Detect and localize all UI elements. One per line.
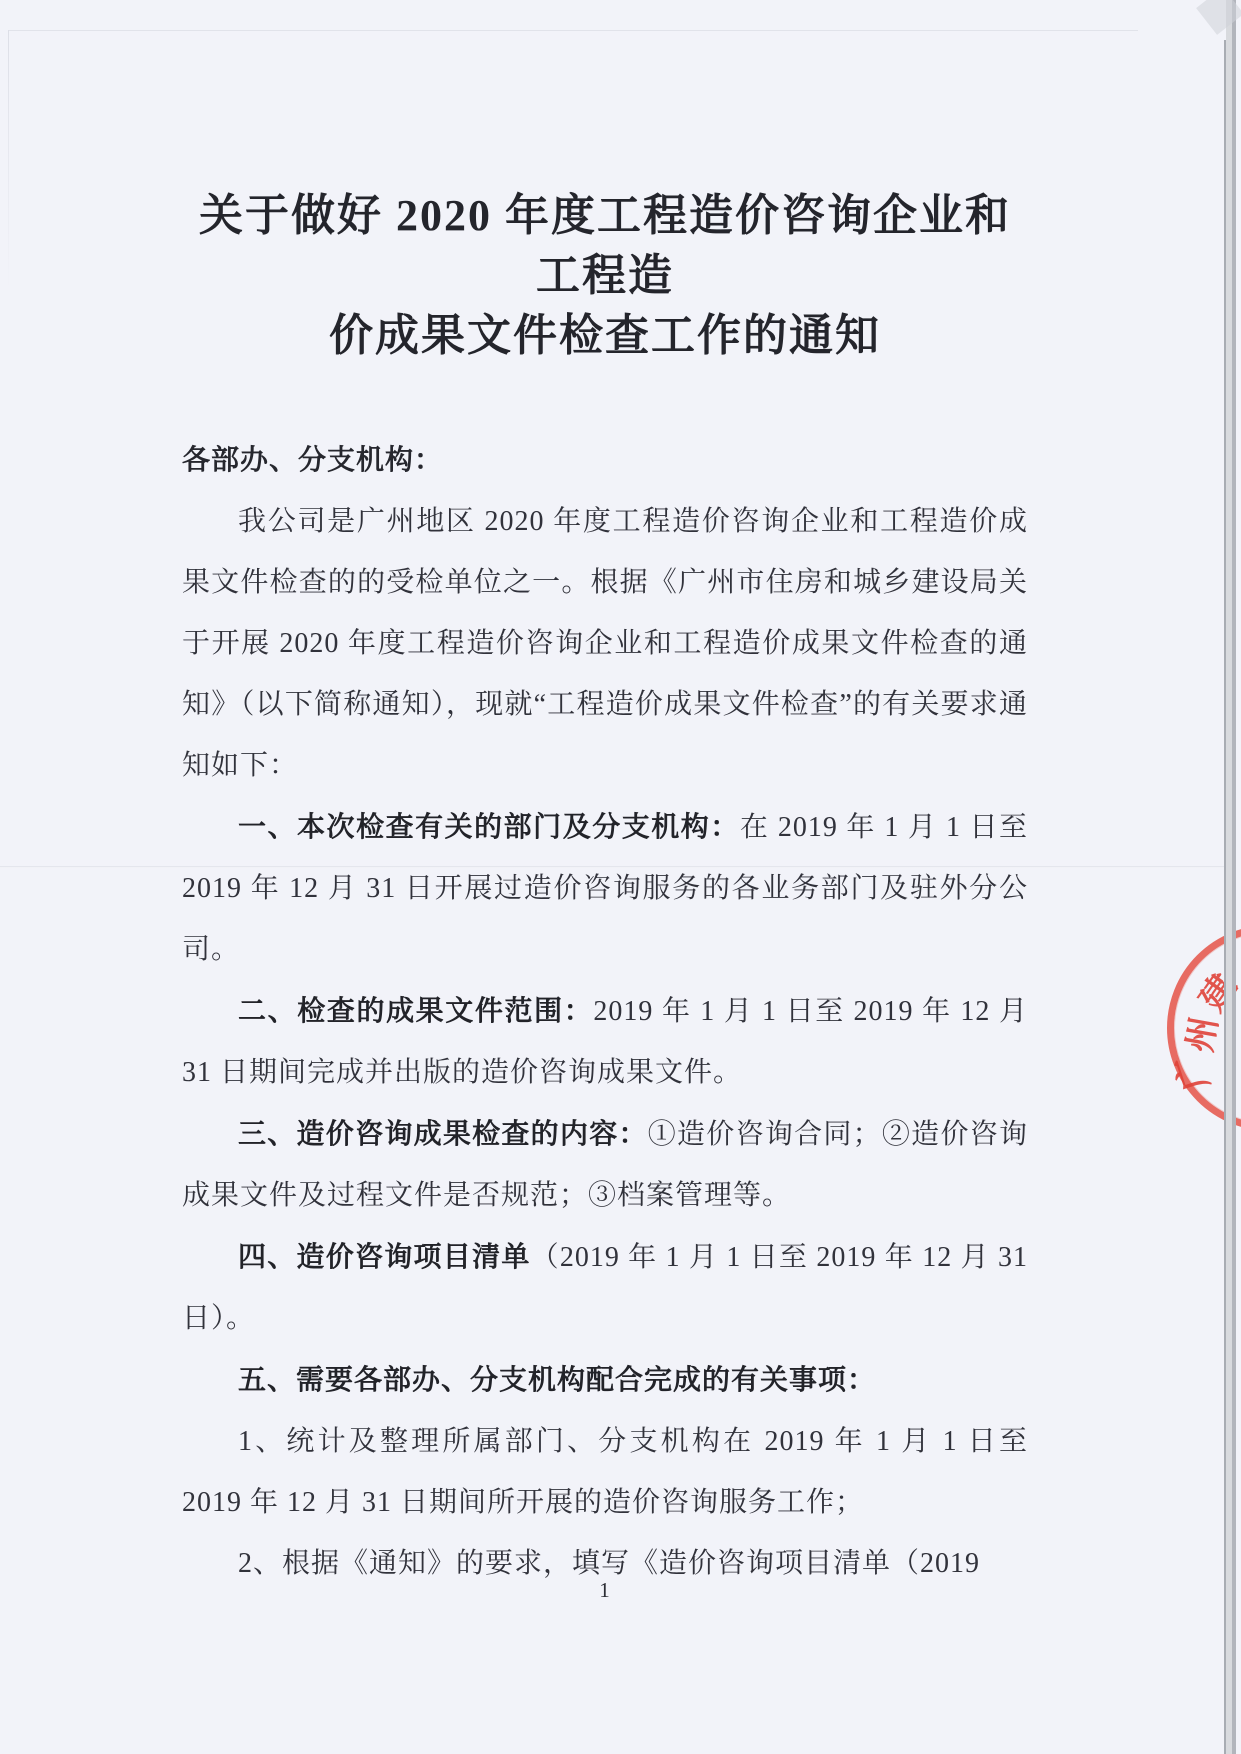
paragraph: 四、造价咨询项目清单（2019 年 1 月 1 日至 2019 年 12 月 3… (182, 1226, 1028, 1349)
scan-edge-right-border (1232, 0, 1236, 1754)
paragraph: 三、造价咨询成果检查的内容：①造价咨询合同；②造价咨询成果文件及过程文件是否规范… (182, 1103, 1028, 1226)
document-title: 关于做好 2020 年度工程造价咨询企业和工程造 价成果文件检查工作的通知 (182, 186, 1028, 366)
document-title-line2: 价成果文件检查工作的通知 (329, 311, 881, 360)
document-body-text: 各部办、分支机构： 我公司是广州地区 2020 年度工程造价咨询企业和工程造价成… (182, 430, 1028, 1594)
paragraph: 1、统计及整理所属部门、分支机构在 2019 年 1 月 1 日至 2019 年… (182, 1411, 1028, 1533)
scanned-page: 关于做好 2020 年度工程造价咨询企业和工程造 价成果文件检查工作的通知 各部… (0, 0, 1241, 1754)
document-title-line1: 关于做好 2020 年度工程造价咨询企业和工程造 (199, 191, 1011, 300)
paragraph-text: 我公司是广州地区 2020 年度工程造价咨询企业和工程造价成果文件检查的的受检单… (182, 506, 1028, 781)
salutation: 各部办、分支机构： (182, 430, 1028, 491)
document-paragraphs: 我公司是广州地区 2020 年度工程造价咨询企业和工程造价成果文件检查的的受检单… (182, 491, 1028, 1594)
paragraph-lead: 一、本次检查有关的部门及分支机构： (238, 811, 740, 842)
paragraph: 我公司是广州地区 2020 年度工程造价咨询企业和工程造价成果文件检查的的受检单… (182, 491, 1028, 796)
scan-edge-left (8, 30, 9, 290)
page-number: 1 (182, 1578, 1028, 1603)
paragraph-lead: 四、造价咨询项目清单 (238, 1241, 531, 1272)
paragraph: 五、需要各部办、分支机构配合完成的有关事项： (182, 1349, 1028, 1411)
seal-character: 州 (1182, 1014, 1223, 1055)
paragraph: 一、本次检查有关的部门及分支机构：在 2019 年 1 月 1 日至 2019 … (182, 796, 1028, 980)
paragraph-text: 2、根据《通知》的要求，填写《造价咨询项目清单（2019 (238, 1548, 980, 1579)
paragraph-lead: 五、需要各部办、分支机构配合完成的有关事项： (238, 1364, 876, 1395)
paragraph: 二、检查的成果文件范围：2019 年 1 月 1 日至 2019 年 12 月 … (182, 980, 1028, 1103)
paragraph-lead: 二、检查的成果文件范围： (238, 995, 593, 1026)
paragraph-text: 1、统计及整理所属部门、分支机构在 2019 年 1 月 1 日至 2019 年… (182, 1426, 1028, 1518)
document-content: 关于做好 2020 年度工程造价咨询企业和工程造 价成果文件检查工作的通知 各部… (182, 0, 1028, 1594)
paragraph-lead: 三、造价咨询成果检查的内容： (238, 1118, 648, 1149)
